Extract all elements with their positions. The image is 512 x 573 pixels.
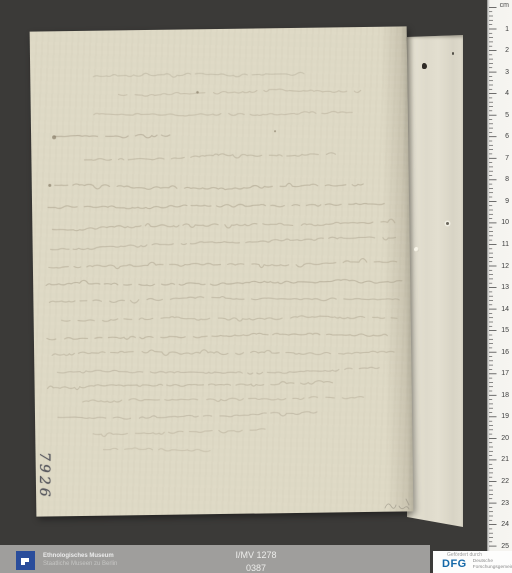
pin-hole — [452, 52, 454, 55]
dfg-logo: DFG — [442, 559, 467, 570]
ruler-number: 6 — [505, 133, 509, 140]
pin-hole — [446, 222, 449, 225]
inventory-number: I/MV 1278 — [156, 549, 356, 562]
bleed-line — [46, 276, 406, 288]
ruler-number: 16 — [501, 349, 509, 356]
bleed-line — [47, 332, 387, 341]
pencil-mark — [382, 495, 416, 515]
bleed-line — [51, 236, 396, 250]
paper-scan — [30, 26, 414, 516]
ruler-number: 7 — [505, 155, 509, 162]
museum-logo-glyph — [16, 551, 35, 570]
ink-spot — [48, 184, 51, 187]
pin-hole — [414, 247, 419, 252]
ruler-number: 22 — [501, 478, 509, 485]
ruler-number: 13 — [501, 284, 509, 291]
ruler-number: 4 — [505, 90, 509, 97]
bleed-line — [52, 219, 394, 231]
ruler-unit-label: cm — [500, 2, 509, 9]
ruler-number: 20 — [501, 435, 509, 442]
bleed-line — [58, 411, 324, 420]
bleed-line — [62, 313, 402, 323]
bleed-line — [49, 294, 399, 305]
bleed-line — [49, 258, 405, 270]
ruler-number: 25 — [501, 543, 509, 550]
bleed-line — [83, 396, 364, 404]
paper-strip-underpage-edge — [407, 35, 463, 527]
bleed-line — [48, 381, 333, 390]
ruler-number: 5 — [505, 112, 509, 119]
ruler-number: 11 — [502, 241, 509, 248]
ruler-number: 23 — [501, 500, 509, 507]
inventory-label: I/MV 1278 0387 — [156, 549, 356, 573]
bleed-line — [93, 71, 304, 79]
ruler-number: 15 — [501, 327, 509, 334]
archival-number-stamp: 7926 — [36, 452, 52, 500]
dfg-org-name: Deutsche Forschungsgemeinschaft — [473, 559, 512, 571]
museum-logo-icon — [16, 551, 35, 570]
bleed-line — [48, 201, 391, 210]
ink-spot — [274, 130, 276, 132]
ruler-number: 10 — [501, 219, 509, 226]
museum-name-block: Ethnologisches Museum Staatliche Museen … — [43, 552, 117, 568]
dfg-org-line2: Forschungsgemeinschaft — [473, 565, 512, 571]
ruler-number: 14 — [501, 306, 509, 313]
bleed-line — [93, 429, 265, 437]
bleed-line — [52, 347, 402, 359]
bleed-line — [54, 134, 170, 139]
ink-blot — [422, 63, 427, 69]
bleed-line — [57, 366, 384, 376]
handwriting-bleedthrough — [30, 26, 414, 516]
ruler-number: 12 — [501, 263, 509, 270]
museum-org: Staatliche Museen zu Berlin — [43, 560, 117, 568]
ruler-number: 17 — [501, 370, 509, 377]
bleed-line — [94, 110, 357, 118]
scan-page-number: 0387 — [156, 562, 356, 573]
ruler-number: 21 — [501, 456, 509, 463]
ruler-number: 3 — [505, 69, 509, 76]
ruler-number: 19 — [501, 413, 509, 420]
museum-name: Ethnologisches Museum — [43, 552, 117, 560]
bleed-line — [55, 180, 368, 192]
funding-note: Gefördert durch — [447, 553, 512, 558]
ruler-number: 2 — [505, 47, 509, 54]
bleed-line — [103, 447, 210, 453]
ruler-number: 24 — [501, 521, 509, 528]
ruler-number: 1 — [505, 26, 509, 33]
ruler-number: 9 — [505, 198, 509, 205]
ruler-number: 18 — [501, 392, 509, 399]
funding-logo-patch: Gefördert durch DFG Deutsche Forschungsg… — [433, 551, 512, 573]
measurement-ruler: cm 1234567891011121314151617181920212223… — [487, 0, 512, 573]
ruler-number: 8 — [505, 176, 509, 183]
bleed-line — [118, 88, 360, 97]
bleed-line — [84, 152, 335, 160]
